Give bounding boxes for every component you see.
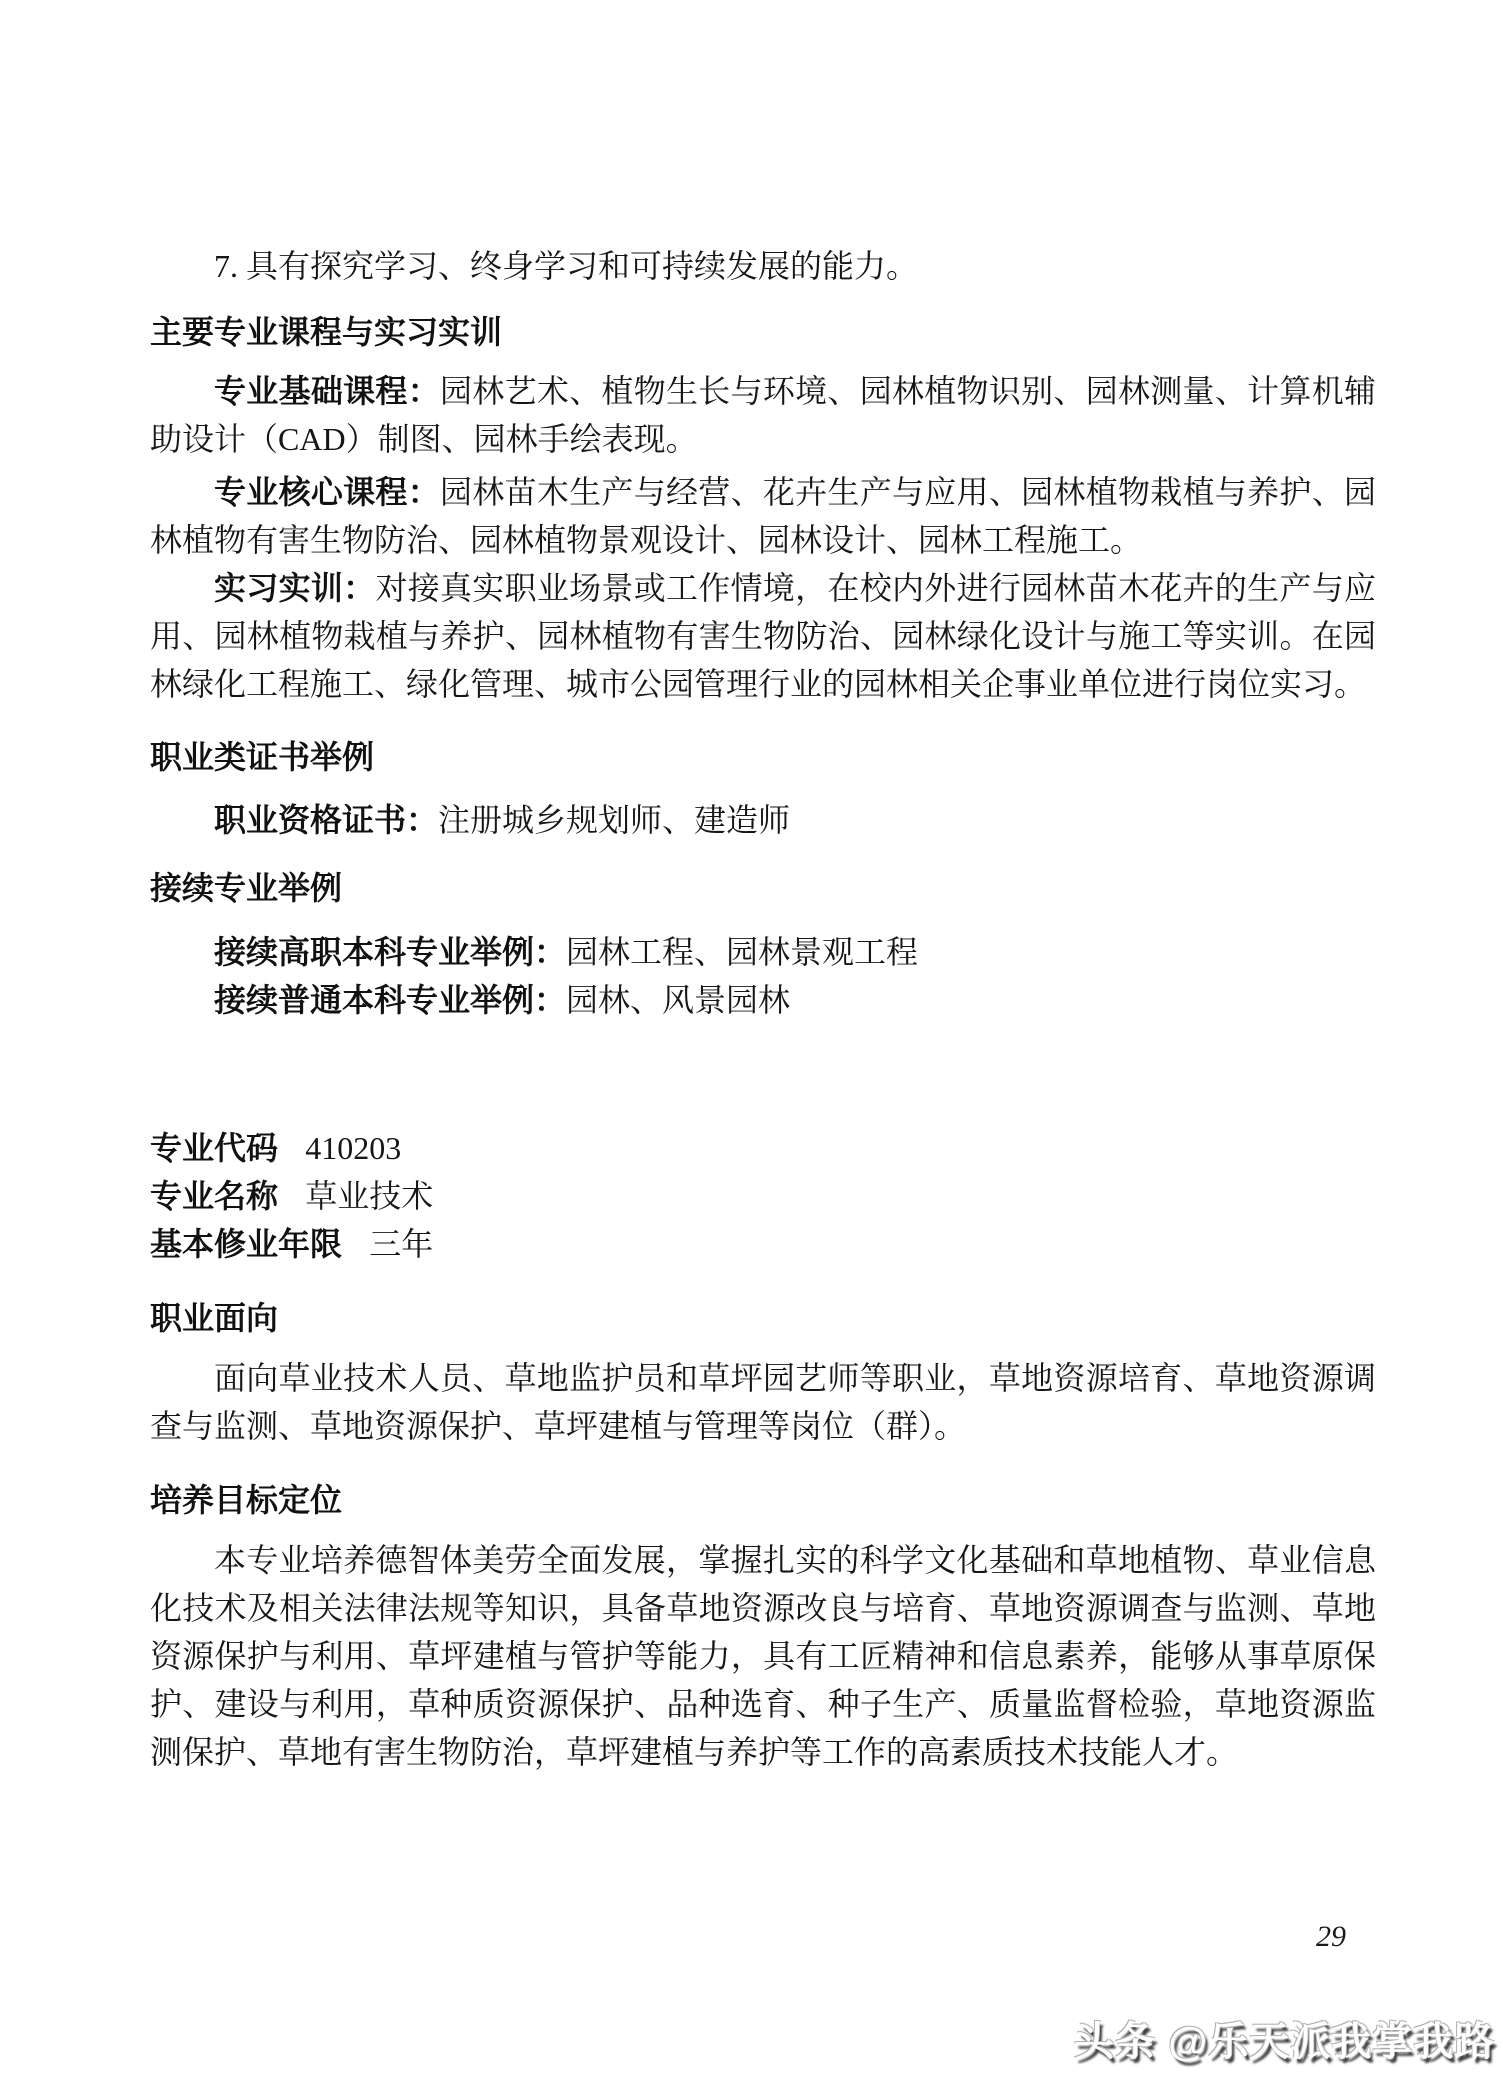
label-qualification: 职业资格证书： <box>214 802 438 838</box>
line-general-bachelor: 接续普通本科专业举例：园林、风景园林 <box>150 976 1376 1024</box>
paragraph-internship: 实习实训：对接真实职业场景或工作情境，在校内外进行园林苗木花卉的生产与应用、园林… <box>150 564 1376 708</box>
page-number: 29 <box>1316 1918 1346 1956</box>
paragraph-core-courses: 专业核心课程：园林苗木生产与经营、花卉生产与应用、园林植物栽植与养护、园林植物有… <box>150 468 1376 564</box>
page-content: 7. 具有探究学习、终身学习和可持续发展的能力。 主要专业课程与实习实训 专业基… <box>150 0 1376 1776</box>
paragraph-qualification: 职业资格证书：注册城乡规划师、建造师 <box>150 796 1376 844</box>
meta-row-name: 专业名称草业技术 <box>150 1172 1376 1220</box>
value-major-code: 410203 <box>305 1130 401 1166</box>
text-qualification: 注册城乡规划师、建造师 <box>438 802 790 838</box>
text-general-bachelor: 园林、风景园林 <box>566 982 790 1018</box>
heading-training-objectives: 培养目标定位 <box>150 1476 1376 1524</box>
label-major-name: 专业名称 <box>150 1178 278 1214</box>
heading-further-study: 接续专业举例 <box>150 864 1376 912</box>
watermark: 头条 @乐天派我掌我路 <box>1074 2014 1495 2070</box>
label-general-bachelor: 接续普通本科专业举例： <box>214 982 566 1018</box>
meta-row-duration: 基本修业年限三年 <box>150 1220 1376 1268</box>
label-major-code: 专业代码 <box>150 1130 278 1166</box>
text-vocational-bachelor: 园林工程、园林景观工程 <box>566 934 918 970</box>
label-internship: 实习实训： <box>214 570 375 606</box>
label-duration: 基本修业年限 <box>150 1226 342 1262</box>
heading-career-orientation: 职业面向 <box>150 1294 1376 1342</box>
numbered-item-7: 7. 具有探究学习、终身学习和可持续发展的能力。 <box>150 242 1376 290</box>
document-page: 7. 具有探究学习、终身学习和可持续发展的能力。 主要专业课程与实习实训 专业基… <box>0 0 1503 2094</box>
paragraph-career-orientation: 面向草业技术人员、草地监护员和草坪园艺师等职业，草地资源培育、草地资源调查与监测… <box>150 1354 1376 1450</box>
major-meta-block: 专业代码410203 专业名称草业技术 基本修业年限三年 <box>150 1124 1376 1268</box>
paragraph-basic-courses: 专业基础课程：园林艺术、植物生长与环境、园林植物识别、园林测量、计算机辅助设计（… <box>150 367 1376 463</box>
label-vocational-bachelor: 接续高职本科专业举例： <box>214 934 566 970</box>
value-duration: 三年 <box>369 1226 433 1262</box>
heading-main-courses: 主要专业课程与实习实训 <box>150 308 1376 356</box>
heading-certificates: 职业类证书举例 <box>150 733 1376 781</box>
value-major-name: 草业技术 <box>305 1178 433 1214</box>
line-vocational-bachelor: 接续高职本科专业举例：园林工程、园林景观工程 <box>150 928 1376 976</box>
paragraph-training-objectives: 本专业培养德智体美劳全面发展，掌握扎实的科学文化基础和草地植物、草业信息化技术及… <box>150 1536 1376 1776</box>
meta-row-code: 专业代码410203 <box>150 1124 1376 1172</box>
label-basic-courses: 专业基础课程： <box>214 373 440 409</box>
label-core-courses: 专业核心课程： <box>214 474 440 510</box>
